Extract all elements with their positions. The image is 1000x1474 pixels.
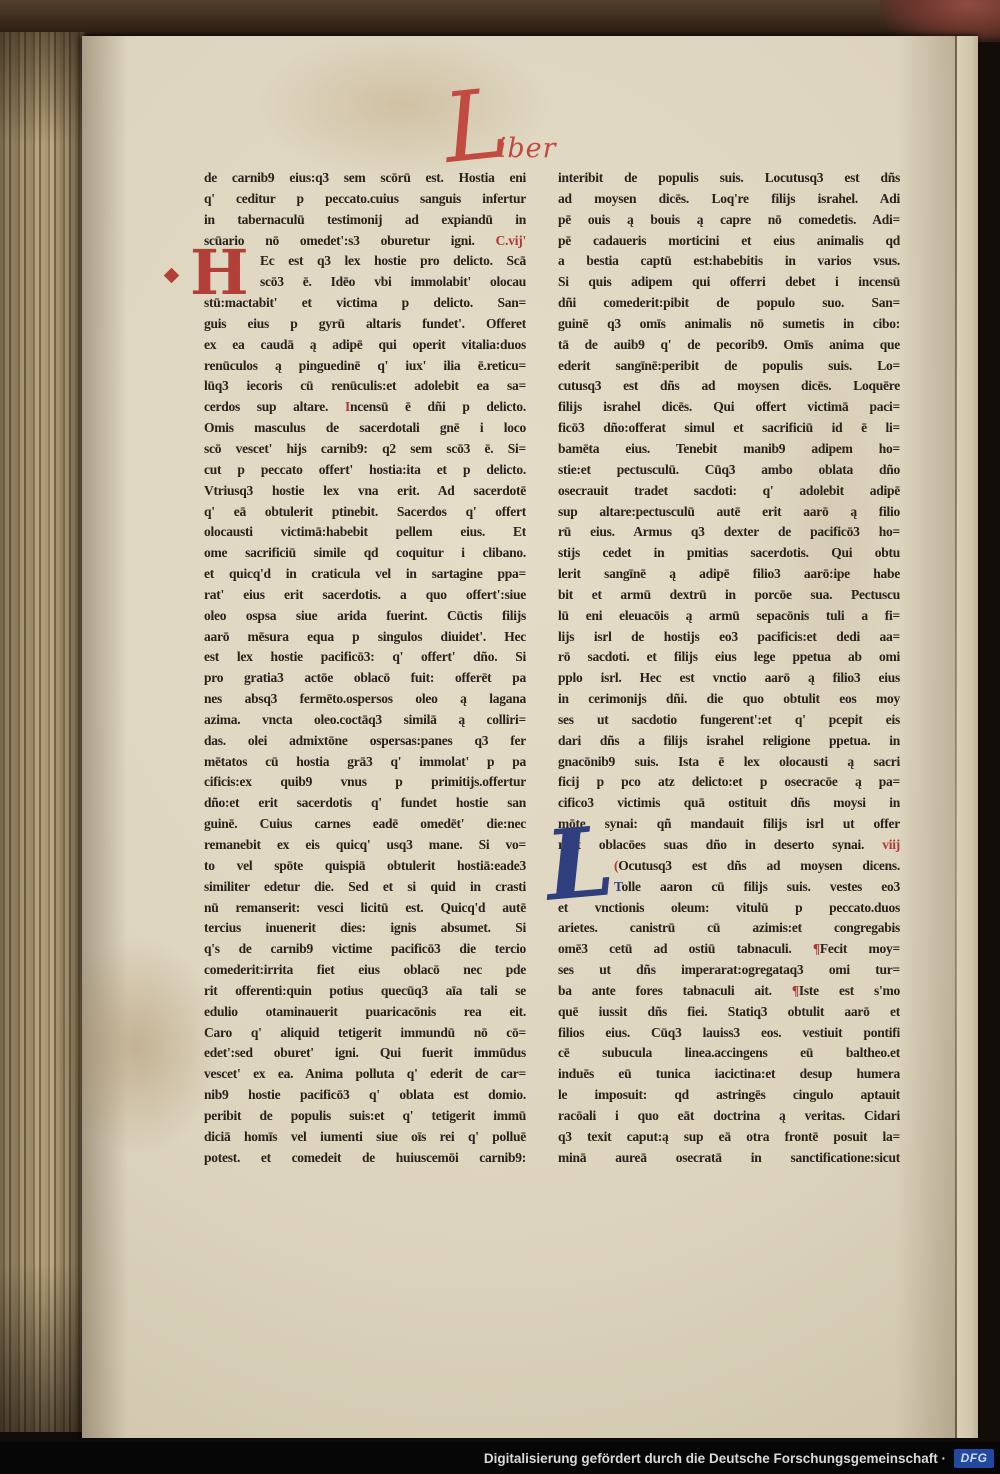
text-line: stijs cedet in pmitias sacerdotis. Qui o… (558, 543, 900, 564)
chapter-8-initial: L (542, 813, 617, 914)
background-wood (0, 0, 1000, 38)
running-title: L iber (444, 52, 557, 168)
book-page-edges (0, 32, 86, 1432)
text-line: mētatos cū hostia grā3 q' immolat' p pa (204, 752, 526, 773)
text-line: rit offerenti:quin potius quecūq3 aīa ta… (204, 981, 526, 1002)
text-line: lūq3 iecoris cū renūculis:et adolebit ea… (204, 376, 526, 397)
text-line: filios eius. Cūq3 lauiss3 eos. vestiuit … (558, 1023, 900, 1044)
text-line: Caro q' aliquid tetigerit immundū nō cō= (204, 1023, 526, 1044)
text-line: cutusq3 est dñs ad moysen dicēs. Loquēre (558, 376, 900, 397)
text-line: diciā homīs vel iumenti siue oīs rei q' … (204, 1127, 526, 1148)
text-line: lerit sangīnē ą adipē filio3 aarō:ipe ha… (558, 564, 900, 585)
text-line: dñi comederit:pibit de populo suo. San= (558, 293, 900, 314)
text-line: cut p peccato offert' hostia:ita et p de… (204, 460, 526, 481)
text-line: aarō mēsura equa p singulos diuidet'. He… (204, 627, 526, 648)
text-line: rū eius. Armus q3 dexter de pacificō3 ho… (558, 522, 900, 543)
text-line: cē subucula linea.accingens eū baltheo.e… (558, 1043, 900, 1064)
text-line: gnacōnib9 suis. Ista ē lex olocausti ą s… (558, 752, 900, 773)
text-line: nib9 hostie pacificō3 q' oblata est domi… (204, 1085, 526, 1106)
text-line: tā de auib9 q' de pecorib9. Omīs anima q… (558, 335, 900, 356)
text-column-left: H de carnib9 eius:q3 sem scōrū est. Host… (204, 168, 526, 1169)
text-line: Ec est q3 lex hostie pro delicto. Scā (204, 251, 526, 272)
text-line: q' ceditur p peccato.cuius sanguis infer… (204, 189, 526, 210)
text-line: in cerimonijs dñi. die quo obtulit eos m… (558, 689, 900, 710)
text-line: quē iussit dñs fiei. Statiq3 obtulit aar… (558, 1002, 900, 1023)
text-line: Si quis adipem qui offerri debet i incen… (558, 272, 900, 293)
text-line: cifico3 victimis quā ostituit dñs moysi … (558, 793, 900, 814)
text-line: dño:et erit sacerdotis q' fundet hostie … (204, 793, 526, 814)
text-line: ses ut dñs imperarat:ogregataq3 omi tur= (558, 960, 900, 981)
text-line: edet':sed oburet' igni. Qui fuerit immūd… (204, 1043, 526, 1064)
text-line: edulio otaminauerit puaricacōnis rea eit… (204, 1002, 526, 1023)
text-line: lijs isrl de hostijs eo3 pacificis:et de… (558, 627, 900, 648)
text-line: le imposuit: qd astringēs cingulo aptaui… (558, 1085, 900, 1106)
text-line: sup altare:pectusculū autē erit aarō ą f… (558, 502, 900, 523)
text-line: to vel spōte quispiā obtulerit hostiā:ea… (204, 856, 526, 877)
text-line: oleo ospsa siue arida fuerint. Cūctis fi… (204, 606, 526, 627)
text-line: racōali i quo eāt doctrina ą veritas. Ci… (558, 1106, 900, 1127)
text-line: pē cadaueris morticini et eius animalis … (558, 231, 900, 252)
dfg-logo: DFG (954, 1449, 994, 1468)
text-line: peribit de populis suis:et q' tetigerit … (204, 1106, 526, 1127)
text-line: bit et armū dextrū in porcōe sua. Pectus… (558, 585, 900, 606)
text-line: azima. vncta oleo.coctāq3 similā ą colli… (204, 710, 526, 731)
running-title-initial: L (440, 82, 512, 171)
text-line: induēs eū tunica iacictina:et desup hume… (558, 1064, 900, 1085)
text-line: et quicq'd in craticula vel in sartagine… (204, 564, 526, 585)
text-line: similiter edetur die. Sed et si quid in … (204, 877, 526, 898)
text-line: rat' eius erit sacerdotis. a quo offert'… (204, 585, 526, 606)
text-line: stū:mactabit' et victima p delicto. San= (204, 293, 526, 314)
text-line: scō3 ē. Idēo vbi immolabit' olocau (204, 272, 526, 293)
text-line: nes absq3 fermēto.ospersos oleo ą lagana (204, 689, 526, 710)
text-line: olocausti victimā:habebit pellem eius. E… (204, 522, 526, 543)
text-line: guinē. Cuius carnes eadē omedēt' die:nec (204, 814, 526, 835)
text-line: Vtriusq3 hostie lex vna erit. Ad sacerdo… (204, 481, 526, 502)
text-line: remanebit ex eis quicq' usq3 mane. Si vo… (204, 835, 526, 856)
digitization-credit: Digitalisierung gefördert durch die Deut… (484, 1451, 946, 1466)
text-line: guinē q3 omīs animalis nō sumetis in cib… (558, 314, 900, 335)
text-line: nū remanserit: vesci licitū est. Quicq'd… (204, 898, 526, 919)
text-line: guis eius p gyrū altaris fundet'. Offere… (204, 314, 526, 335)
text-line: das. olei admixtōne ospersas:panes q3 fe… (204, 731, 526, 752)
text-line: osecrauit tradet sacdoti: q' adolebit ad… (558, 481, 900, 502)
text-line: renūculos ą pinguedinē q' iux' ilia ē.re… (204, 356, 526, 377)
text-line: interibit de populis suis. Locutusq3 est… (558, 168, 900, 189)
text-line: ses ut sacdotio fungerent':et q' pcepit … (558, 710, 900, 731)
text-line: ederit sangīnē:peribit de populis suis. … (558, 356, 900, 377)
text-line: minā aureā osecratā in sanctificatione:s… (558, 1148, 900, 1169)
opposite-page-edge (957, 36, 978, 1438)
text-line: vescet' ex ea. Anima polluta q' ederit d… (204, 1064, 526, 1085)
text-line: filijs israhel dicēs. Qui offert victimā… (558, 397, 900, 418)
text-line: pē ouis ą bouis ą capre nō comedetis. Ad… (558, 210, 900, 231)
text-line: dari dñs a filijs israhel religione ppet… (558, 731, 900, 752)
text-line: q3 texit caput:ą sup eā otra frontē posu… (558, 1127, 900, 1148)
text-line: comederit:irrita fiet eius oblacō nec pd… (204, 960, 526, 981)
text-line: bamēta eius. Tenebit manib9 adipem ho= (558, 439, 900, 460)
text-line: ficij p pco atz delicto:et p osecracōe ą… (558, 772, 900, 793)
text-line: est lex hostie pacificō3: q' offert' dño… (204, 647, 526, 668)
text-line: de carnib9 eius:q3 sem scōrū est. Hostia… (204, 168, 526, 189)
text-line: rō sacdoti. et filijs eius lege ppetua a… (558, 647, 900, 668)
text-line: tercius inuenerit dies: ignis absumet. S… (204, 918, 526, 939)
text-line: ficō3 dño:offerat simul et sacrificiū id… (558, 418, 900, 439)
text-line: arietes. canistrū cū azimis:et congregab… (558, 918, 900, 939)
text-line: potest. et comedeit de huiuscemōi carnib… (204, 1148, 526, 1169)
text-line: stie:et pectusculū. Cūq3 ambo oblata dño (558, 460, 900, 481)
text-line: ex ea caudā ą adipē qui operit vitalia:d… (204, 335, 526, 356)
text-line: a bestia captū est:habebitis in varios v… (558, 251, 900, 272)
text-line: ba ante fores tabnaculi ait. ¶Iste est s… (558, 981, 900, 1002)
text-line: q's de carnib9 victime pacificō3 die ter… (204, 939, 526, 960)
manuscript-page: L iber H de carnib9 eius:q3 sem scōrū es… (82, 36, 978, 1438)
text-line: scō vescet' hijs carnib9: q2 sem scō3 ē.… (204, 439, 526, 460)
book-scan: L iber H de carnib9 eius:q3 sem scōrū es… (0, 0, 1000, 1474)
text-line: cificis:ex quib9 vnus p primitijs.offert… (204, 772, 526, 793)
text-line: cerdos sup altare. Incensū ē dñi p delic… (204, 397, 526, 418)
text-line: omē3 cetū ad ostiū tabnaculi. ¶Fecit moy… (558, 939, 900, 960)
text-line: ome sacrificiū simile qd coquitur i clib… (204, 543, 526, 564)
text-column-right: L interibit de populis suis. Locutusq3 e… (558, 168, 900, 1169)
text-line: scūario nō omedet':s3 oburetur igni. C.v… (204, 231, 526, 252)
text-line: in tabernaculū testimonij ad expiandū in (204, 210, 526, 231)
text-line: pro gratia3 actōe oblacō fuit: offerēt p… (204, 668, 526, 689)
footer-credit-bar: Digitalisierung gefördert durch die Deut… (0, 1442, 1000, 1474)
text-line: Omis masculus de sacerdotali gnē i loco (204, 418, 526, 439)
rubric-diamond (164, 268, 180, 284)
text-line: lū eni eleuacōis ą armū sepacōnis tuli a… (558, 606, 900, 627)
chapter-7-initial: H (190, 245, 248, 301)
text-line: q' eā obtulerit ptinebit. Sacerdos q' of… (204, 502, 526, 523)
text-line: ad moysen dicēs. Loq're filijs israhel. … (558, 189, 900, 210)
text-line: pplo isrl. Hec est vnctio aarō ą filio3 … (558, 668, 900, 689)
